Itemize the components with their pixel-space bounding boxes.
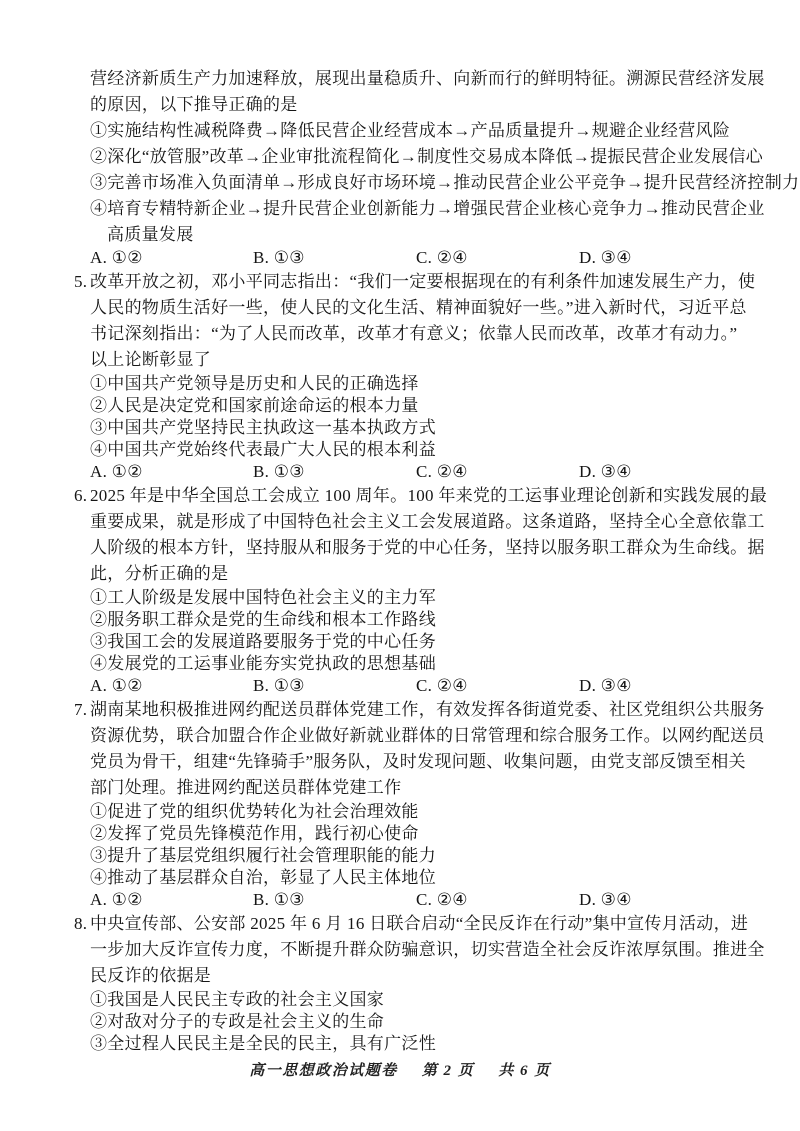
- page-footer: 高一思想政治试题卷第 2 页共 6 页: [0, 1059, 800, 1080]
- question-number: 6.: [74, 483, 90, 509]
- flow-item-wrap: 高质量发展: [74, 222, 746, 247]
- option-c: C. ②④: [416, 461, 579, 483]
- choice-item: ②发挥了党员先锋模范作用，践行初心使命: [74, 823, 746, 845]
- option-a: A. ①②: [90, 675, 253, 697]
- option-b: B. ①③: [253, 675, 416, 697]
- question-8: 8.中央宣传部、公安部 2025 年 6 月 16 日联合启动“全民反诈在行动”…: [74, 911, 746, 1055]
- stem-line: 一步加大反诈宣传力度，不断提升群众防骗意识，切实营造全社会反诈浓厚氛围。推进全: [74, 937, 746, 963]
- page-number: 第 2 页: [422, 1063, 475, 1079]
- choice-item: ③提升了基层党组织履行社会管理职能的能力: [74, 845, 746, 867]
- question-number: 5.: [74, 269, 90, 295]
- total-pages: 共 6 页: [498, 1063, 551, 1079]
- option-d: D. ③④: [579, 675, 632, 697]
- answer-options-row: A. ①② B. ①③ C. ②④ D. ③④: [74, 247, 746, 269]
- stem-line: 部门处理。推进网约配送员群体党建工作: [74, 775, 746, 801]
- stem-text: 中央宣传部、公安部 2025 年 6 月 16 日联合启动“全民反诈在行动”集中…: [90, 914, 748, 933]
- question-6: 6.2025 年是中华全国总工会成立 100 周年。100 年来党的工运事业理论…: [74, 483, 746, 697]
- option-a: A. ①②: [90, 247, 253, 269]
- stem-line: 以上论断彰显了: [74, 347, 746, 373]
- stem-line: 此，分析正确的是: [74, 561, 746, 587]
- option-b: B. ①③: [253, 889, 416, 911]
- flow-item: ②深化“放管服”改革→企业审批流程简化→制度性交易成本降低→提振民营企业发展信心: [74, 144, 746, 170]
- option-d: D. ③④: [579, 889, 632, 911]
- choice-item: ①工人阶级是发展中国特色社会主义的主力军: [74, 587, 746, 609]
- choice-item: ①中国共产党领导是历史和人民的正确选择: [74, 373, 746, 395]
- option-a: A. ①②: [90, 461, 253, 483]
- stem-line: 人民的物质生活好一些，使人民的文化生活、精神面貌好一些。”进入新时代，习近平总: [74, 295, 746, 321]
- stem-line: 7.湖南某地积极推进网约配送员群体党建工作，有效发挥各街道党委、社区党组织公共服…: [74, 697, 746, 723]
- choice-item: ②对敌对分子的专政是社会主义的生命: [74, 1011, 746, 1033]
- choice-item: ③中国共产党坚持民主执政这一基本执政方式: [74, 417, 746, 439]
- choice-item: ④中国共产党始终代表最广大人民的根本利益: [74, 439, 746, 461]
- stem-line: 5.改革开放之初，邓小平同志指出：“我们一定要根据现在的有利条件加速发展生产力，…: [74, 269, 746, 295]
- flow-item: ③完善市场准入负面清单→形成良好市场环境→推动民营企业公平竞争→提升民营经济控制…: [74, 170, 746, 196]
- choice-item: ②服务职工群众是党的生命线和根本工作路线: [74, 609, 746, 631]
- exam-page: 营经济新质生产力加速释放，展现出量稳质升、向新而行的鲜明特征。溯源民营经济发展 …: [0, 0, 800, 1131]
- choice-item: ③我国工会的发展道路要服务于党的中心任务: [74, 631, 746, 653]
- answer-options-row: A. ①② B. ①③ C. ②④ D. ③④: [74, 889, 746, 911]
- flow-item: ④培育专精特新企业→提升民营企业创新能力→增强民营企业核心竞争力→推动民营企业: [74, 196, 746, 222]
- choice-item: ④发展党的工运事业能夯实党执政的思想基础: [74, 653, 746, 675]
- stem-line: 的原因，以下推导正确的是: [74, 92, 746, 118]
- question-5: 5.改革开放之初，邓小平同志指出：“我们一定要根据现在的有利条件加速发展生产力，…: [74, 269, 746, 483]
- stem-line: 党员为骨干，组建“先锋骑手”服务队，及时发现问题、收集问题，由党支部反馈至相关: [74, 749, 746, 775]
- stem-line: 民反诈的依据是: [74, 963, 746, 989]
- option-d: D. ③④: [579, 461, 632, 483]
- stem-line: 6.2025 年是中华全国总工会成立 100 周年。100 年来党的工运事业理论…: [74, 483, 746, 509]
- question-number: 7.: [74, 697, 90, 723]
- option-b: B. ①③: [253, 461, 416, 483]
- choice-item: ①我国是人民民主专政的社会主义国家: [74, 989, 746, 1011]
- exam-body: 营经济新质生产力加速释放，展现出量稳质升、向新而行的鲜明特征。溯源民营经济发展 …: [74, 66, 746, 1055]
- stem-text: 改革开放之初，邓小平同志指出：“我们一定要根据现在的有利条件加速发展生产力，使: [90, 272, 755, 291]
- question-4-continuation: 营经济新质生产力加速释放，展现出量稳质升、向新而行的鲜明特征。溯源民营经济发展 …: [74, 66, 746, 269]
- answer-options-row: A. ①② B. ①③ C. ②④ D. ③④: [74, 675, 746, 697]
- stem-text: 2025 年是中华全国总工会成立 100 周年。100 年来党的工运事业理论创新…: [90, 486, 767, 505]
- stem-line: 营经济新质生产力加速释放，展现出量稳质升、向新而行的鲜明特征。溯源民营经济发展: [74, 66, 746, 92]
- option-d: D. ③④: [579, 247, 632, 269]
- answer-options-row: A. ①② B. ①③ C. ②④ D. ③④: [74, 461, 746, 483]
- flow-item: ①实施结构性减税降费→降低民营企业经营成本→产品质量提升→规避企业经营风险: [74, 118, 746, 144]
- question-7: 7.湖南某地积极推进网约配送员群体党建工作，有效发挥各街道党委、社区党组织公共服…: [74, 697, 746, 911]
- option-c: C. ②④: [416, 247, 579, 269]
- option-a: A. ①②: [90, 889, 253, 911]
- option-b: B. ①③: [253, 247, 416, 269]
- choice-item: ①促进了党的组织优势转化为社会治理效能: [74, 801, 746, 823]
- option-c: C. ②④: [416, 889, 579, 911]
- stem-line: 重要成果，就是形成了中国特色社会主义工会发展道路。这条道路，坚持全心全意依靠工: [74, 509, 746, 535]
- choice-item: ③全过程人民民主是全民的民主，具有广泛性: [74, 1033, 746, 1055]
- stem-line: 人阶级的根本方针，坚持服从和服务于党的中心任务，坚持以服务职工群众为生命线。据: [74, 535, 746, 561]
- stem-line: 资源优势，联合加盟合作企业做好新就业群体的日常管理和综合服务工作。以网约配送员: [74, 723, 746, 749]
- stem-line: 8.中央宣传部、公安部 2025 年 6 月 16 日联合启动“全民反诈在行动”…: [74, 911, 746, 937]
- exam-title: 高一思想政治试题卷: [249, 1063, 398, 1079]
- option-c: C. ②④: [416, 675, 579, 697]
- question-number: 8.: [74, 911, 90, 937]
- stem-text: 湖南某地积极推进网约配送员群体党建工作，有效发挥各街道党委、社区党组织公共服务: [90, 700, 765, 719]
- choice-item: ④推动了基层群众自治，彰显了人民主体地位: [74, 867, 746, 889]
- choice-item: ②人民是决定党和国家前途命运的根本力量: [74, 395, 746, 417]
- stem-line: 书记深刻指出：“为了人民而改革，改革才有意义；依靠人民而改革，改革才有动力。”: [74, 321, 746, 347]
